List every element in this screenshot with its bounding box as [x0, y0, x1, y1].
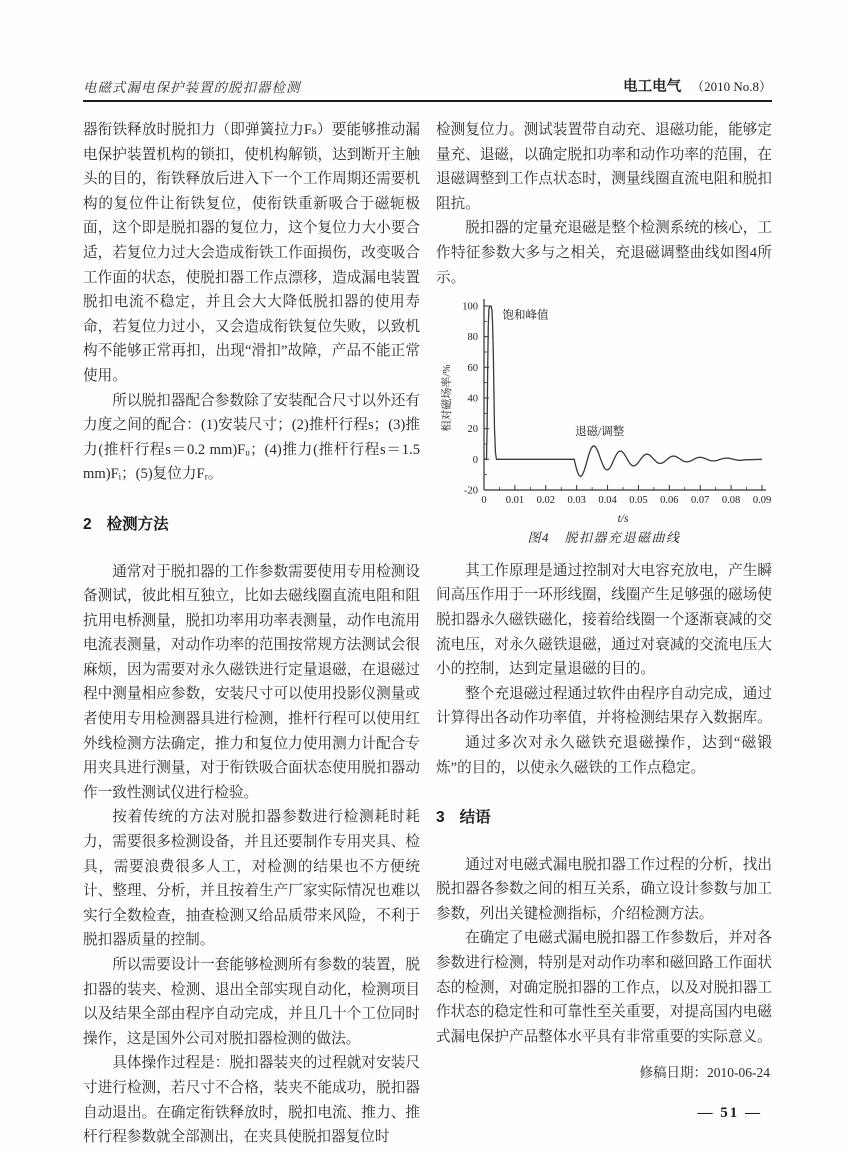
svg-text:t/s: t/s: [618, 513, 629, 525]
figure4-chart: -2002040608010000.010.020.030.040.050.06…: [438, 294, 771, 525]
svg-text:0.01: 0.01: [506, 495, 524, 506]
figure4: -2002040608010000.010.020.030.040.050.06…: [436, 294, 772, 551]
svg-text:40: 40: [468, 394, 479, 405]
running-title: 电磁式漏电保护装置的脱扣器检测: [83, 76, 301, 96]
svg-text:0.02: 0.02: [537, 495, 555, 506]
page-header: 电磁式漏电保护装置的脱扣器检测 电工电气（2010 No.8）: [83, 74, 772, 96]
paragraph: 器衔铁释放时脱扣力（即弹簧拉力Fₛ）要能够推动漏电保护装置机构的锁扣，使机构解锁…: [83, 118, 420, 389]
page-number: — 51 —: [698, 1105, 763, 1122]
svg-text:0.06: 0.06: [660, 495, 678, 506]
svg-text:相对磁场率/%: 相对磁场率/%: [439, 365, 453, 432]
svg-text:80: 80: [468, 332, 479, 343]
svg-text:20: 20: [468, 424, 479, 435]
svg-text:0.09: 0.09: [753, 495, 771, 506]
section-heading-3: 3结语: [436, 806, 772, 831]
svg-text:0.04: 0.04: [598, 495, 617, 506]
svg-text:60: 60: [468, 363, 479, 374]
section-number: 3: [436, 809, 445, 826]
journal-info: 电工电气（2010 No.8）: [623, 75, 772, 96]
svg-text:饱和峰值: 饱和峰值: [503, 307, 549, 321]
section-title: 结语: [460, 809, 491, 826]
section-title: 检测方法: [107, 516, 169, 533]
paragraph: 按着传统的方法对脱扣器参数进行检测耗时耗力，需要很多检测设备，并且还要制作专用夹…: [83, 805, 420, 953]
paragraph: 其工作原理是通过控制对大电容充放电，产生瞬间高压作用于一环形线圈，线圈产生足够强…: [436, 559, 772, 682]
paragraph: 具体操作过程是：脱扣器装夹的过程就对安装尺寸进行检测，若尺寸不合格，装夹不能成功…: [83, 1051, 420, 1149]
svg-text:0: 0: [481, 495, 486, 506]
paragraph: 所以需要设计一套能够检测所有参数的装置，脱扣器的装夹、检测、退出全部实现自动化，…: [83, 953, 420, 1051]
figure-caption: 图4 脱扣器充退磁曲线: [436, 526, 772, 551]
issue-label: （2010 No.8）: [691, 79, 772, 94]
left-column: 器衔铁释放时脱扣力（即弹簧拉力Fₛ）要能够推动漏电保护装置机构的锁扣，使机构解锁…: [83, 118, 420, 1150]
paragraph: 通过对电磁式漏电脱扣器工作过程的分析，找出脱扣器各参数之间的相互关系，确立设计参…: [436, 853, 772, 927]
right-column: 检测复位力。测试装置带自动充、退磁功能，能够定量充、退磁，以确定脱扣功率和动作功…: [436, 118, 772, 1086]
paragraph: 所以脱扣器配合参数除了安装配合尺寸以外还有力度之间的配合：(1)安装尺寸；(2)…: [83, 389, 420, 487]
paragraph: 脱扣器的定量充退磁是整个检测系统的核心，工作特征参数大多与之相关，充退磁调整曲线…: [436, 216, 772, 290]
svg-text:0: 0: [473, 455, 478, 466]
svg-text:0.03: 0.03: [567, 495, 585, 506]
revision-date: 修稿日期：2010-06-24: [436, 1061, 772, 1086]
section-number: 2: [83, 516, 92, 533]
paragraph: 在确定了电磁式漏电脱扣器工作参数后，并对各参数进行检测，特别是对动作功率和磁回路…: [436, 926, 772, 1049]
svg-text:100: 100: [462, 302, 478, 313]
paragraph: 整个充退磁过程通过软件由程序自动完成，通过计算得出各动作功率值，并将检测结果存入…: [436, 682, 772, 731]
paragraph: 通过多次对永久磁铁充退磁操作，达到“磁锻炼”的目的，以使永久磁铁的工作点稳定。: [436, 731, 772, 780]
svg-text:-20: -20: [464, 486, 478, 497]
svg-text:退磁/调整: 退磁/调整: [575, 424, 625, 438]
svg-text:0.08: 0.08: [722, 495, 740, 506]
header-rule: [83, 100, 772, 102]
svg-text:0.05: 0.05: [629, 495, 647, 506]
paragraph: 通常对于脱扣器的工作参数需要使用专用检测设备测试，彼此相互独立，比如去磁线圈直流…: [83, 560, 420, 806]
section-heading-2: 2检测方法: [83, 513, 420, 538]
svg-text:0.07: 0.07: [691, 495, 709, 506]
paragraph: 检测复位力。测试装置带自动充、退磁功能，能够定量充、退磁，以确定脱扣功率和动作功…: [436, 118, 772, 216]
journal-name: 电工电气: [623, 79, 681, 95]
journal-page: 电磁式漏电保护装置的脱扣器检测 电工电气（2010 No.8） 器衔铁释放时脱扣…: [0, 0, 850, 1154]
